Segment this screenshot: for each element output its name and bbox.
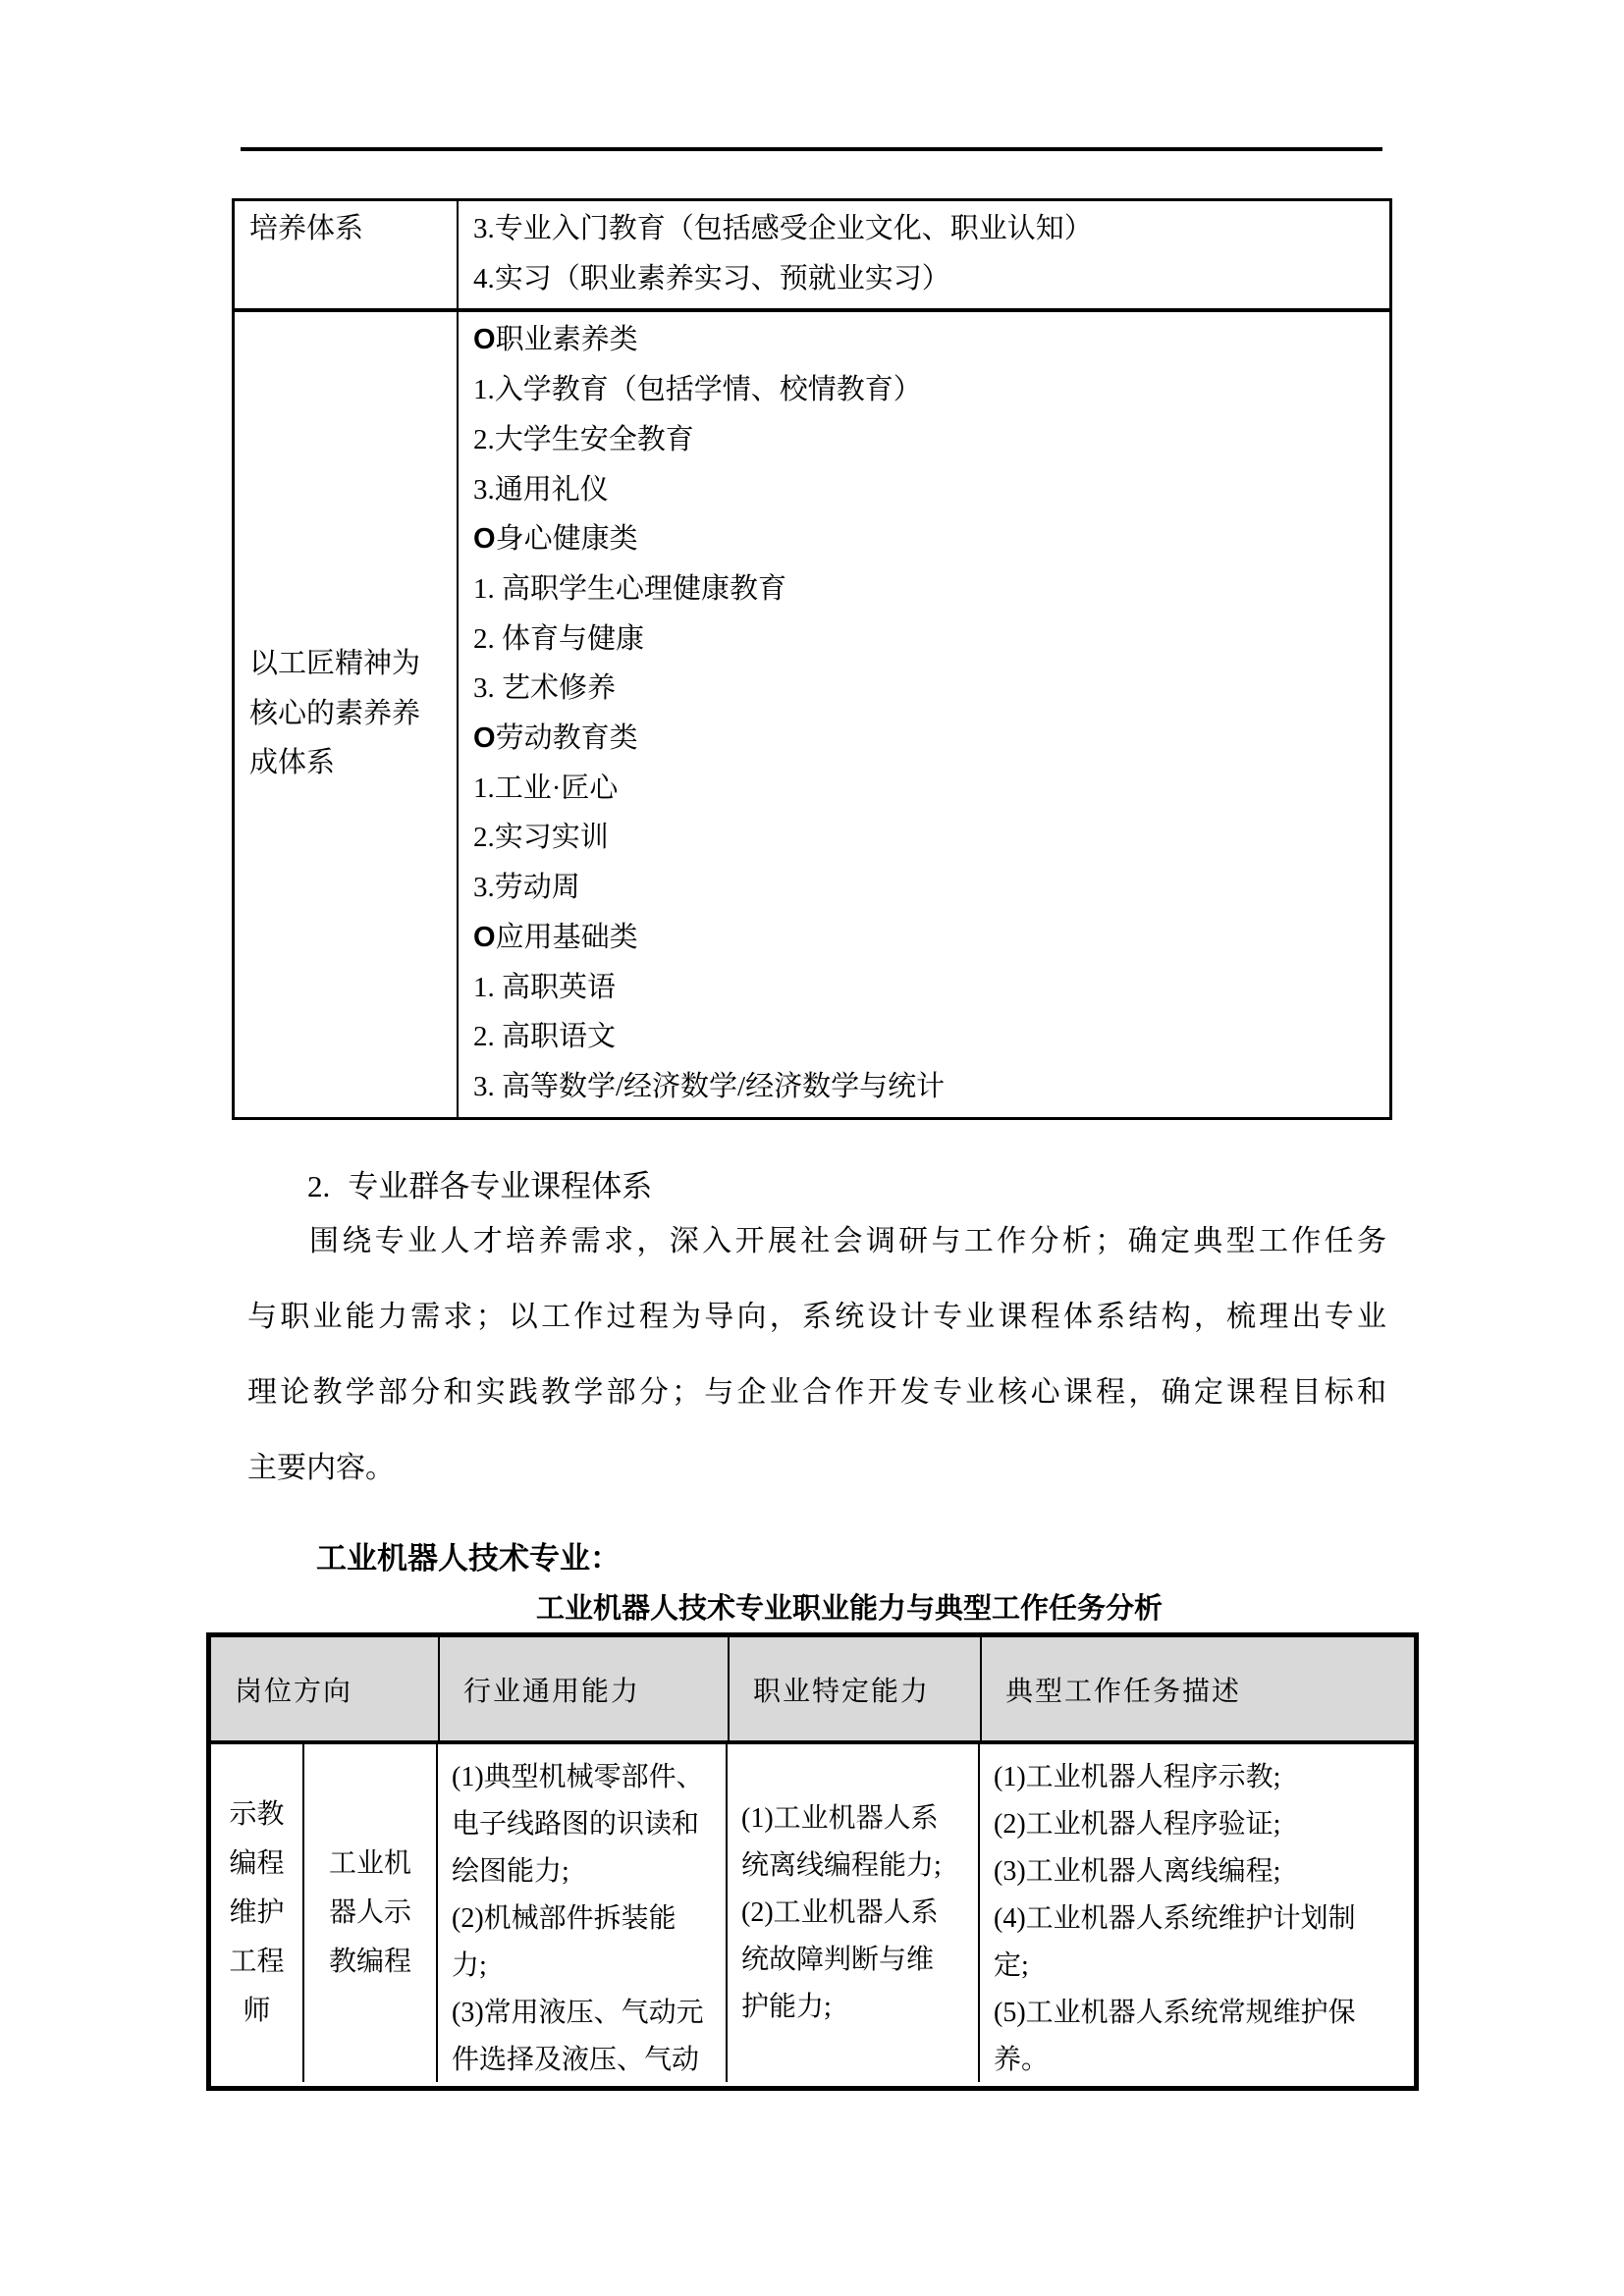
- row-label-line: 成体系: [249, 738, 447, 788]
- document-page: 培养体系 3.专业入门教育（包括感受企业文化、职业认知） 4.实习（职业素养实习…: [0, 0, 1624, 2296]
- analysis-table-title: 工业机器人技术专业职业能力与典型工作任务分析: [226, 1586, 1473, 1627]
- content-text: 3. 艺术修养: [473, 672, 616, 704]
- paragraph-line: 主要内容。: [247, 1430, 1386, 1506]
- table-row: 培养体系 3.专业入门教育（包括感受企业文化、职业认知） 4.实习（职业素养实习…: [235, 201, 1389, 312]
- content-line: O应用基础类: [473, 913, 1380, 963]
- task-line: (1)工业机器人程序示教;: [994, 1754, 1408, 1801]
- content-line: 3.专业入门教育（包括感受企业文化、职业认知）: [473, 204, 1380, 254]
- task-line: 定;: [994, 1943, 1408, 1990]
- section-heading: 2.专业群各专业课程体系: [307, 1161, 652, 1205]
- position-line: 维护: [229, 1889, 284, 1938]
- table-header-row: 岗位方向 行业通用能力 职业特定能力 典型工作任务描述: [211, 1637, 1414, 1744]
- content-line: 2. 高职语文: [473, 1012, 1380, 1062]
- content-line: 1.工业·匠心: [473, 764, 1380, 814]
- specific-ability-line: (1)工业机器人系: [741, 1795, 978, 1842]
- content-line: 2.实习实训: [473, 813, 1380, 863]
- role-cell: 工业机 器人示 教编程: [304, 1744, 438, 2082]
- specific-ability-line: (2)工业机器人系: [741, 1890, 978, 1937]
- specific-ability-line: 统故障判断与维: [741, 1937, 978, 1984]
- content-text: 1.入学教育（包括学情、校情教育）: [473, 374, 922, 405]
- content-line: 3.通用礼仪: [473, 465, 1380, 515]
- row-content-cell: 3.专业入门教育（包括感受企业文化、职业认知） 4.实习（职业素养实习、预就业实…: [459, 201, 1389, 308]
- content-line: 4.实习（职业素养实习、预就业实习）: [473, 254, 1380, 304]
- content-text: 2. 高职语文: [473, 1021, 616, 1052]
- header-cell-specific-ability: 职业特定能力: [730, 1637, 982, 1740]
- category-bullet: O: [473, 523, 496, 555]
- row-label: 培养体系: [249, 204, 447, 254]
- content-text: 3.通用礼仪: [473, 474, 609, 506]
- table-body-row: 示教 编程 维护 工程 师 工业机 器人示 教编程 (1)典型机械零部件、 电子…: [211, 1744, 1414, 2082]
- paragraph-line: 理论教学部分和实践教学部分；与企业合作开发专业核心课程，确定课程目标和: [247, 1355, 1386, 1430]
- content-text: 劳动教育类: [496, 722, 638, 754]
- table-row: 以工匠精神为 核心的素养养 成体系 O职业素养类 1.入学教育（包括学情、校情教…: [235, 312, 1389, 1116]
- specific-ability-cell: (1)工业机器人系 统离线编程能力; (2)工业机器人系 统故障判断与维 护能力…: [728, 1744, 980, 2082]
- content-text: 2. 体育与健康: [473, 623, 644, 655]
- position-line: 师: [243, 1987, 270, 2036]
- major-subheading: 工业机器人技术专业：: [316, 1533, 621, 1577]
- category-bullet: O: [473, 722, 496, 754]
- generic-ability-line: 力;: [452, 1943, 720, 1990]
- content-text: 1. 高职学生心理健康教育: [473, 573, 786, 605]
- role-line: 工业机: [329, 1840, 411, 1889]
- content-line: O职业素养类: [473, 315, 1380, 365]
- row-label-line: 以工匠精神为: [249, 639, 447, 689]
- task-line: (5)工业机器人系统常规维护保: [994, 1990, 1408, 2037]
- content-text: 应用基础类: [496, 922, 638, 953]
- row-label-line: 核心的素养养: [249, 689, 447, 739]
- content-line: 1. 高职学生心理健康教育: [473, 564, 1380, 614]
- content-text: 职业素养类: [496, 324, 638, 355]
- header-cell-generic-ability: 行业通用能力: [440, 1637, 730, 1740]
- content-line: 1. 高职英语: [473, 963, 1380, 1013]
- specific-ability-line: 统离线编程能力;: [741, 1842, 978, 1890]
- content-text: 3.劳动周: [473, 872, 580, 903]
- role-line: 教编程: [329, 1938, 411, 1987]
- page-header-rule: [241, 146, 1382, 151]
- content-line: 3. 艺术修养: [473, 664, 1380, 714]
- header-cell-task-description: 典型工作任务描述: [982, 1637, 1414, 1740]
- generic-ability-line: 绘图能力;: [452, 1848, 720, 1896]
- content-line: O身心健康类: [473, 514, 1380, 564]
- role-line: 器人示: [329, 1889, 411, 1938]
- position-line: 编程: [229, 1840, 284, 1889]
- content-line: 2.大学生安全教育: [473, 415, 1380, 465]
- task-description-cell: (1)工业机器人程序示教; (2)工业机器人程序验证; (3)工业机器人离线编程…: [980, 1744, 1414, 2082]
- body-paragraph: 围绕专业人才培养需求，深入开展社会调研与工作分析；确定典型工作任务 与职业能力需…: [247, 1203, 1386, 1506]
- content-line: 3.劳动周: [473, 863, 1380, 913]
- task-line: (3)工业机器人离线编程;: [994, 1848, 1408, 1896]
- section-number: 2.: [307, 1169, 330, 1203]
- specific-ability-line: 护能力;: [741, 1984, 978, 2031]
- position-line: 工程: [229, 1938, 284, 1987]
- task-line: (4)工业机器人系统维护计划制: [994, 1896, 1408, 1943]
- position-line: 示教: [229, 1790, 284, 1840]
- content-line: 3. 高等数学/经济数学/经济数学与统计: [473, 1062, 1380, 1112]
- content-text: 1.工业·匠心: [473, 773, 618, 804]
- training-system-table: 培养体系 3.专业入门教育（包括感受企业文化、职业认知） 4.实习（职业素养实习…: [232, 198, 1392, 1120]
- generic-ability-line: 电子线路图的识读和: [452, 1801, 720, 1848]
- generic-ability-line: 件选择及液压、气动: [452, 2037, 720, 2082]
- task-line: 养。: [994, 2037, 1408, 2082]
- task-line: (2)工业机器人程序验证;: [994, 1801, 1408, 1848]
- content-text: 3. 高等数学/经济数学/经济数学与统计: [473, 1071, 945, 1102]
- row-label-cell: 培养体系: [235, 201, 459, 308]
- generic-ability-line: (1)典型机械零部件、: [452, 1754, 720, 1801]
- content-line: 2. 体育与健康: [473, 614, 1380, 665]
- content-text: 2.大学生安全教育: [473, 424, 694, 455]
- content-text: 2.实习实训: [473, 822, 609, 853]
- category-bullet: O: [473, 922, 496, 953]
- content-line: O劳动教育类: [473, 714, 1380, 764]
- section-title: 专业群各专业课程体系: [348, 1169, 652, 1203]
- generic-ability-line: (2)机械部件拆装能: [452, 1896, 720, 1943]
- generic-ability-cell: (1)典型机械零部件、 电子线路图的识读和 绘图能力; (2)机械部件拆装能 力…: [438, 1744, 728, 2082]
- position-cell: 示教 编程 维护 工程 师: [211, 1744, 304, 2082]
- header-cell-position: 岗位方向: [211, 1637, 440, 1740]
- content-line: 1.入学教育（包括学情、校情教育）: [473, 365, 1380, 415]
- generic-ability-line: (3)常用液压、气动元: [452, 1990, 720, 2037]
- category-bullet: O: [473, 324, 496, 355]
- row-label-cell: 以工匠精神为 核心的素养养 成体系: [235, 312, 459, 1116]
- job-ability-table: 岗位方向 行业通用能力 职业特定能力 典型工作任务描述 示教 编程 维护 工程 …: [206, 1632, 1419, 2091]
- row-content-cell: O职业素养类 1.入学教育（包括学情、校情教育） 2.大学生安全教育 3.通用礼…: [459, 312, 1389, 1116]
- paragraph-line: 与职业能力需求；以工作过程为导向，系统设计专业课程体系结构，梳理出专业: [247, 1279, 1386, 1355]
- paragraph-line: 围绕专业人才培养需求，深入开展社会调研与工作分析；确定典型工作任务: [247, 1203, 1386, 1279]
- content-text: 身心健康类: [496, 523, 638, 555]
- content-text: 1. 高职英语: [473, 972, 616, 1003]
